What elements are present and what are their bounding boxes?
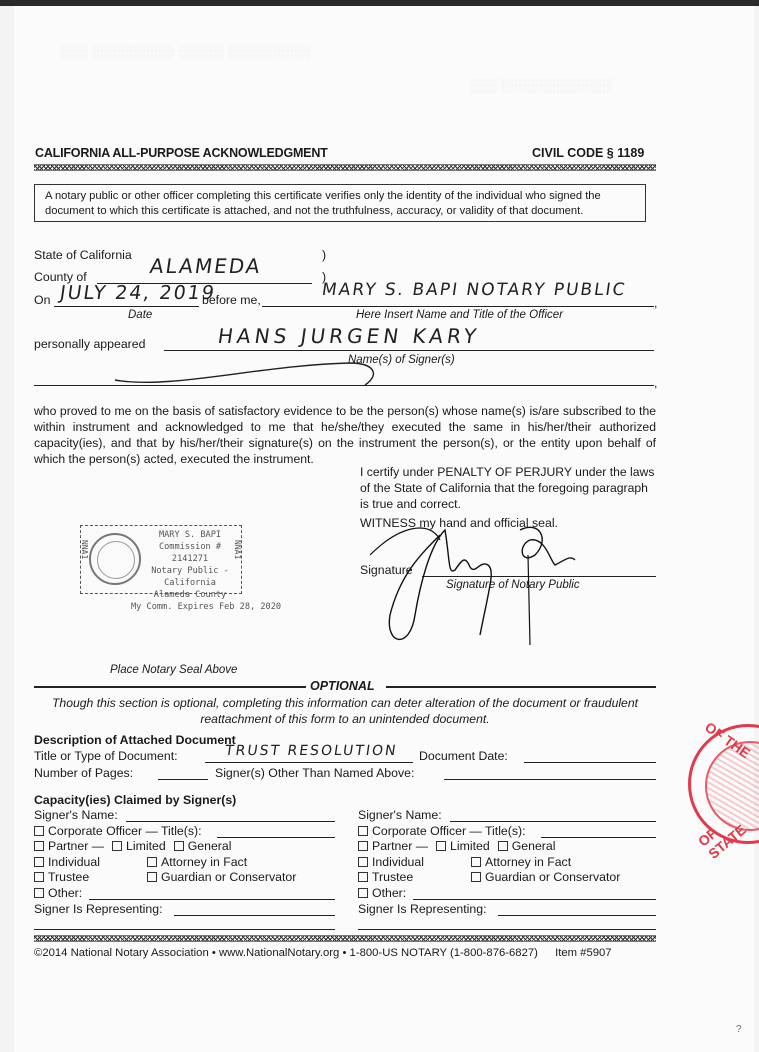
- limited-option: Limited: [112, 839, 166, 853]
- signer-name-field[interactable]: [126, 821, 335, 822]
- checkbox-individual[interactable]: [34, 857, 44, 867]
- individual-label: Individual: [48, 855, 100, 869]
- capacity-row-partner: Partner —LimitedGeneral: [358, 839, 555, 853]
- notary-signature[interactable]: [370, 515, 590, 655]
- checkbox-guardian-or-conservator[interactable]: [147, 872, 157, 882]
- signer-field[interactable]: HANS JURGEN KARY: [216, 324, 481, 348]
- checkbox-limited[interactable]: [436, 841, 446, 851]
- signer-name-label: Signer's Name:: [358, 808, 442, 822]
- checkbox-other[interactable]: [358, 888, 368, 898]
- capacity-row-signer-representing: Signer Is Representing:: [358, 902, 487, 916]
- capacity-row-trustee: Trustee: [358, 870, 413, 884]
- date-caption: Date: [128, 309, 152, 321]
- capacity-row-signer-name: Signer's Name:: [34, 808, 118, 822]
- perjury-statement: I certify under PENALTY OF PERJURY under…: [360, 464, 656, 512]
- checkbox-general[interactable]: [174, 841, 184, 851]
- appeared-label: personally appeared: [34, 337, 145, 351]
- doc-date-label: Document Date:: [419, 749, 508, 763]
- capacities-heading: Capacity(ies) Claimed by Signer(s): [34, 793, 236, 807]
- checkbox-partner[interactable]: [34, 841, 44, 851]
- footer-text: ©2014 National Notary Association • www.…: [34, 947, 612, 959]
- limited-label: Limited: [126, 839, 166, 853]
- date-field[interactable]: JULY 24, 2019: [58, 282, 217, 304]
- doc-title-field[interactable]: TRUST RESOLUTION: [224, 743, 399, 759]
- trustee-label: Trustee: [372, 870, 413, 884]
- seal-caption: Place Notary Seal Above: [110, 664, 237, 676]
- state-label: State of California: [34, 248, 132, 262]
- checkbox-corporate-officer[interactable]: [34, 826, 44, 836]
- stamp-name: MARY S. BAPI: [141, 529, 239, 541]
- capacity-row-other: Other:: [34, 886, 82, 900]
- corporate-officer-label: Corporate Officer — Title(s):: [372, 824, 526, 838]
- checkbox-other[interactable]: [34, 888, 44, 898]
- stamp-county: Alameda County: [141, 589, 239, 601]
- guardian-or-conservator-label: Guardian or Conservator: [485, 870, 620, 884]
- capacity-row-other: Other:: [358, 886, 406, 900]
- capacity-row-corporate-officer: Corporate Officer — Title(s):: [358, 824, 526, 838]
- general-label: General: [512, 839, 556, 853]
- form-title: CALIFORNIA ALL-PURPOSE ACKNOWLEDGMENT: [35, 146, 328, 160]
- limited-label: Limited: [450, 839, 490, 853]
- bleed-through-text: ░░░ ░░░░░░░░░ ░░░░░ ░░░░░░░░░: [60, 44, 310, 59]
- guardian-or-conservator-option: Guardian or Conservator: [471, 870, 620, 884]
- county-field[interactable]: ALAMEDA: [148, 254, 263, 278]
- on-label: On: [34, 293, 50, 307]
- checkbox-limited[interactable]: [112, 841, 122, 851]
- signer-representing-field-2[interactable]: [34, 929, 335, 930]
- comma: ,: [654, 296, 657, 310]
- officer-line: [262, 306, 654, 307]
- comma: ,: [654, 376, 657, 390]
- checkbox-guardian-or-conservator[interactable]: [471, 872, 481, 882]
- other-label: Other:: [48, 886, 82, 900]
- pages-field[interactable]: [158, 779, 208, 780]
- other-field[interactable]: [413, 899, 656, 900]
- optional-rule-left: [34, 686, 306, 688]
- paren: ): [322, 248, 326, 262]
- other-label: Other:: [372, 886, 406, 900]
- decorative-border-bottom: [34, 935, 656, 942]
- checkbox-trustee[interactable]: [358, 872, 368, 882]
- corporate-officer-field[interactable]: [541, 837, 656, 838]
- optional-rule-right: [386, 686, 656, 688]
- decorative-border-top: [34, 164, 656, 171]
- checkbox-individual[interactable]: [358, 857, 368, 867]
- state-seal-icon: [89, 533, 141, 585]
- attorney-in-fact-option: Attorney in Fact: [471, 855, 571, 869]
- guardian-or-conservator-label: Guardian or Conservator: [161, 870, 296, 884]
- corporate-officer-field[interactable]: [217, 837, 335, 838]
- doc-date-field[interactable]: [524, 762, 656, 763]
- signer-name-field[interactable]: [450, 821, 656, 822]
- page-mark: ?: [736, 1024, 742, 1035]
- checkbox-attorney-in-fact[interactable]: [471, 857, 481, 867]
- pen-stroke: [110, 355, 390, 395]
- capacity-row-corporate-officer: Corporate Officer — Title(s):: [34, 824, 202, 838]
- general-option: General: [498, 839, 556, 853]
- stamp-commission: Commission # 2141271: [141, 541, 239, 565]
- other-signers-field[interactable]: [444, 779, 656, 780]
- doc-title-line: [205, 762, 413, 763]
- footer-copyright: ©2014 National Notary Association • www.…: [34, 947, 538, 959]
- stamp-side-code: NNA1: [80, 540, 89, 559]
- date-line: [54, 306, 199, 307]
- attorney-in-fact-label: Attorney in Fact: [485, 855, 571, 869]
- signer-representing-label: Signer Is Representing:: [34, 902, 163, 916]
- pages-label: Number of Pages:: [34, 766, 133, 780]
- notary-stamp: NNA1 NNA1 MARY S. BAPI Commission # 2141…: [80, 525, 242, 594]
- attorney-in-fact-label: Attorney in Fact: [161, 855, 247, 869]
- capacity-row-partner: Partner —LimitedGeneral: [34, 839, 231, 853]
- bleed-through-text: ░░░ ░░░░░░░░░░░░: [470, 78, 612, 93]
- partner-label: Partner —: [48, 839, 104, 853]
- capacity-row-signer-representing: Signer Is Representing:: [34, 902, 163, 916]
- stamp-title: Notary Public - California: [141, 565, 239, 589]
- guardian-or-conservator-option: Guardian or Conservator: [147, 870, 296, 884]
- capacity-row-signer-name: Signer's Name:: [358, 808, 442, 822]
- signer-representing-field[interactable]: [498, 915, 656, 916]
- optional-description: Though this section is optional, complet…: [34, 695, 656, 727]
- checkbox-general[interactable]: [498, 841, 508, 851]
- capacity-row-trustee: Trustee: [34, 870, 89, 884]
- stamp-text: MARY S. BAPI Commission # 2141271 Notary…: [141, 529, 239, 613]
- stamp-expires: My Comm. Expires Feb 28, 2020: [131, 601, 239, 613]
- other-field[interactable]: [89, 899, 335, 900]
- checkbox-trustee[interactable]: [34, 872, 44, 882]
- signer-name-label: Signer's Name:: [34, 808, 118, 822]
- civil-code: CIVIL CODE § 1189: [532, 146, 644, 160]
- signer-representing-field[interactable]: [174, 915, 335, 916]
- signer-representing-field-2[interactable]: [358, 929, 656, 930]
- corporate-officer-label: Corporate Officer — Title(s):: [48, 824, 202, 838]
- notice-box: A notary public or other officer complet…: [34, 184, 646, 222]
- optional-heading: OPTIONAL: [310, 679, 375, 693]
- checkbox-attorney-in-fact[interactable]: [147, 857, 157, 867]
- partner-label: Partner —: [372, 839, 428, 853]
- other-signers-label: Signer(s) Other Than Named Above:: [215, 766, 414, 780]
- capacity-row-individual: Individual: [358, 855, 424, 869]
- attached-doc-heading: Description of Attached Document: [34, 733, 236, 747]
- signer-representing-label: Signer Is Representing:: [358, 902, 487, 916]
- checkbox-corporate-officer[interactable]: [358, 826, 368, 836]
- attorney-in-fact-option: Attorney in Fact: [147, 855, 247, 869]
- officer-field[interactable]: MARY S. BAPI NOTARY PUBLIC: [321, 280, 628, 300]
- checkbox-partner[interactable]: [358, 841, 368, 851]
- doc-title-label: Title or Type of Document:: [34, 749, 178, 763]
- officer-caption: Here Insert Name and Title of the Office…: [356, 309, 563, 321]
- trustee-label: Trustee: [48, 870, 89, 884]
- signer-line: [164, 350, 654, 351]
- general-option: General: [174, 839, 232, 853]
- proof-paragraph: who proved to me on the basis of satisfa…: [34, 403, 656, 467]
- item-number: Item #5907: [555, 947, 612, 959]
- general-label: General: [188, 839, 232, 853]
- capacity-row-individual: Individual: [34, 855, 100, 869]
- before-me-label: before me,: [202, 293, 261, 307]
- individual-label: Individual: [372, 855, 424, 869]
- limited-option: Limited: [436, 839, 490, 853]
